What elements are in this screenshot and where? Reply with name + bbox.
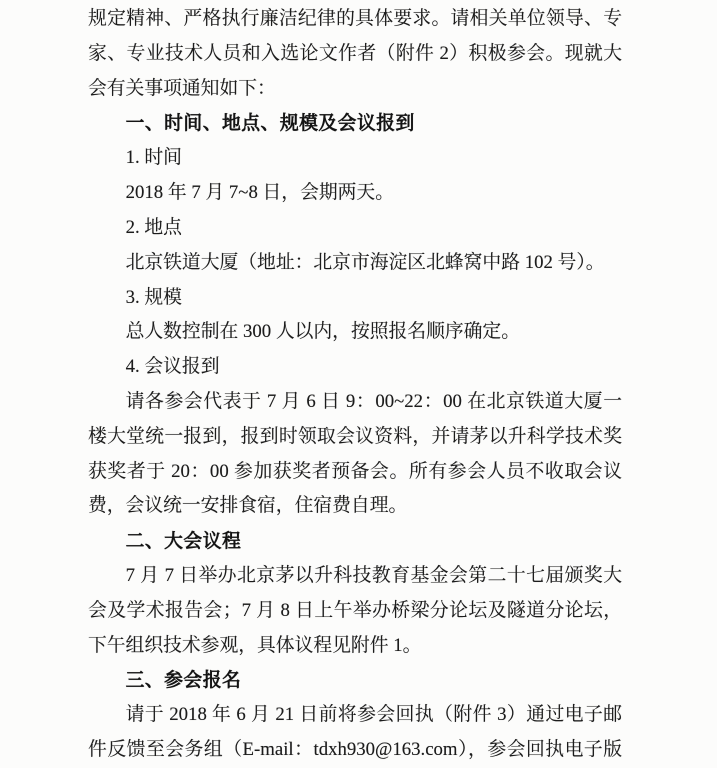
document-line: 2018 年 7 月 7~8 日，会期两天。 [88,176,622,211]
document-page: 规定精神、严格执行廉洁纪律的具体要求。请相关单位领导、专家、专业技术人员和入选论… [0,0,717,768]
document-line: 请各参会代表于 7 月 6 日 9：00~22：00 在北京铁道大厦一 [88,385,622,420]
document-line: 1. 时间 [88,141,622,176]
section-heading: 三、参会报名 [88,663,622,698]
document-line: 3. 规模 [88,281,622,316]
document-line: 会及学术报告会；7 月 8 日上午举办桥梁分论坛及隧道分论坛， [88,594,622,629]
document-line: 4. 会议报到 [88,350,622,385]
document-line: 家、专业技术人员和入选论文作者（附件 2）积极参会。现就大 [88,37,622,72]
document-line: 楼大堂统一报到，报到时领取会议资料，并请茅以升科学技术奖 [88,420,622,455]
document-line: 总人数控制在 300 人以内，按照报名顺序确定。 [88,315,622,350]
document-text-block: 规定精神、严格执行廉洁纪律的具体要求。请相关单位领导、专家、专业技术人员和入选论… [88,2,622,768]
document-line: 北京铁道大厦（地址：北京市海淀区北蜂窝中路 102 号）。 [88,246,622,281]
document-line: 2. 地点 [88,211,622,246]
document-line: 会有关事项通知如下： [88,72,622,107]
section-heading: 一、时间、地点、规模及会议报到 [88,106,622,141]
document-line: 请于 2018 年 6 月 21 日前将参会回执（附件 3）通过电子邮 [88,698,622,733]
document-line: 规定精神、严格执行廉洁纪律的具体要求。请相关单位领导、专 [88,2,622,37]
section-heading: 二、大会议程 [88,524,622,559]
document-line: 费，会议统一安排食宿，住宿费自理。 [88,489,622,524]
document-line: 下午组织技术参观，具体议程见附件 1。 [88,629,622,664]
document-line: 获奖者于 20：00 参加获奖者预备会。所有参会人员不收取会议 [88,455,622,490]
document-line: 件反馈至会务组（E-mail：tdxh930@163.com），参会回执电子版 [88,733,622,768]
scanned-notice-page: { "page": { "background": "#fcfcfb", "te… [0,0,717,768]
document-line: 7 月 7 日举办北京茅以升科技教育基金会第二十七届颁奖大 [88,559,622,594]
